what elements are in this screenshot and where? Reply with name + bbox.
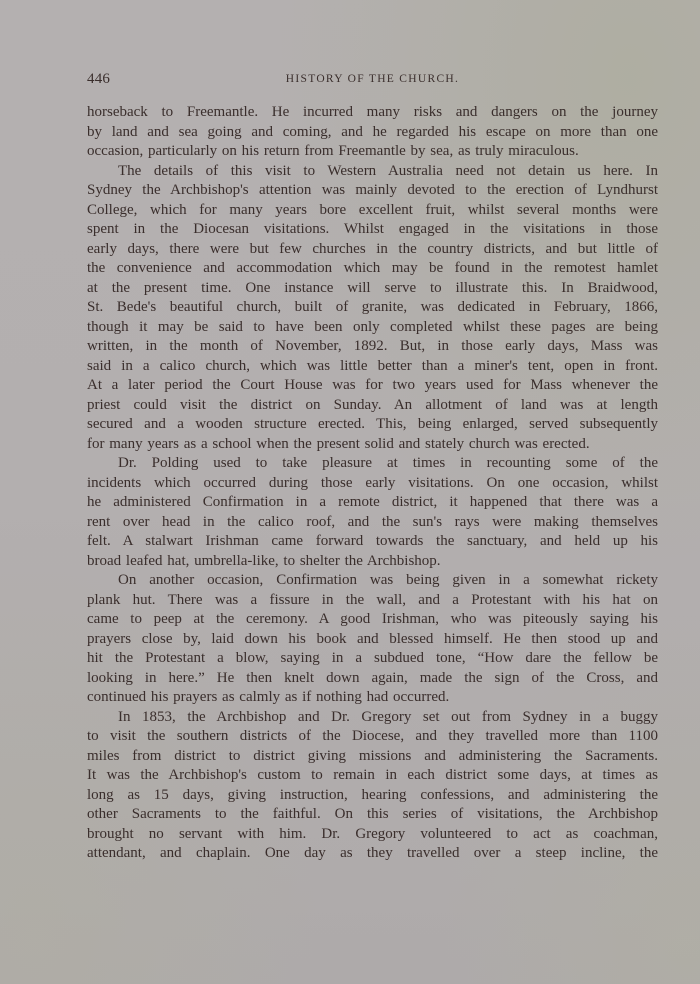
- text-line: for many years as a school when the pres…: [87, 435, 658, 455]
- text-line: rent over head in the calico roof, and t…: [87, 513, 658, 533]
- text-line: priest could visit the district on Sunda…: [87, 396, 658, 416]
- text-line: College, which for many years bore excel…: [87, 201, 658, 221]
- paragraph-start-line: On another occasion, Confirmation was be…: [87, 571, 658, 591]
- paragraph-start-line: The details of this visit to Western Aus…: [87, 162, 658, 182]
- running-head: HISTORY OF THE CHURCH.: [87, 73, 658, 85]
- text-line: plank hut. There was a fissure in the wa…: [87, 591, 658, 611]
- scanned-book-page: 446 HISTORY OF THE CHURCH. horseback to …: [0, 0, 700, 984]
- text-line: by land and sea going and coming, and he…: [87, 123, 658, 143]
- text-line: felt. A stalwart Irishman came forward t…: [87, 532, 658, 552]
- text-line: at the present time. One instance will s…: [87, 279, 658, 299]
- text-line: At a later period the Court House was fo…: [87, 376, 658, 396]
- text-line: came to peep at the ceremony. A good Iri…: [87, 610, 658, 630]
- text-line: It was the Archbishop's custom to remain…: [87, 766, 658, 786]
- text-line: brought no servant with him. Dr. Gregory…: [87, 825, 658, 845]
- body-text: horseback to Freemantle. He incurred man…: [87, 103, 658, 864]
- text-line: though it may be said to have been only …: [87, 318, 658, 338]
- text-line: early days, there were but few churches …: [87, 240, 658, 260]
- text-line: he administered Confirmation in a remote…: [87, 493, 658, 513]
- text-line: Sydney the Archbishop's attention was ma…: [87, 181, 658, 201]
- text-line: long as 15 days, giving instruction, hea…: [87, 786, 658, 806]
- text-line: secured and a wooden structure erected. …: [87, 415, 658, 435]
- page-header: 446 HISTORY OF THE CHURCH.: [87, 71, 658, 89]
- text-line: broad leafed hat, umbrella-like, to shel…: [87, 552, 658, 572]
- text-line: written, in the month of November, 1892.…: [87, 337, 658, 357]
- paragraph-start-line: In 1853, the Archbishop and Dr. Gregory …: [87, 708, 658, 728]
- text-line: other Sacraments to the faithful. On thi…: [87, 805, 658, 825]
- paragraph-start-line: Dr. Polding used to take pleasure at tim…: [87, 454, 658, 474]
- text-line: attendant, and chaplain. One day as they…: [87, 844, 658, 864]
- text-line: occasion, particularly on his return fro…: [87, 142, 658, 162]
- text-line: to visit the southern districts of the D…: [87, 727, 658, 747]
- text-line: St. Bede's beautiful church, built of gr…: [87, 298, 658, 318]
- text-line: prayers close by, laid down his book and…: [87, 630, 658, 650]
- text-line: said in a calico church, which was littl…: [87, 357, 658, 377]
- text-line: hit the Protestant a blow, saying in a s…: [87, 649, 658, 669]
- text-line: the convenience and accommodation which …: [87, 259, 658, 279]
- text-line: spent in the Diocesan visitations. Whils…: [87, 220, 658, 240]
- text-line: horseback to Freemantle. He incurred man…: [87, 103, 658, 123]
- text-line: incidents which occurred during those ea…: [87, 474, 658, 494]
- text-line: continued his prayers as calmly as if no…: [87, 688, 658, 708]
- text-line: miles from district to district giving m…: [87, 747, 658, 767]
- text-line: looking in here.” He then knelt down aga…: [87, 669, 658, 689]
